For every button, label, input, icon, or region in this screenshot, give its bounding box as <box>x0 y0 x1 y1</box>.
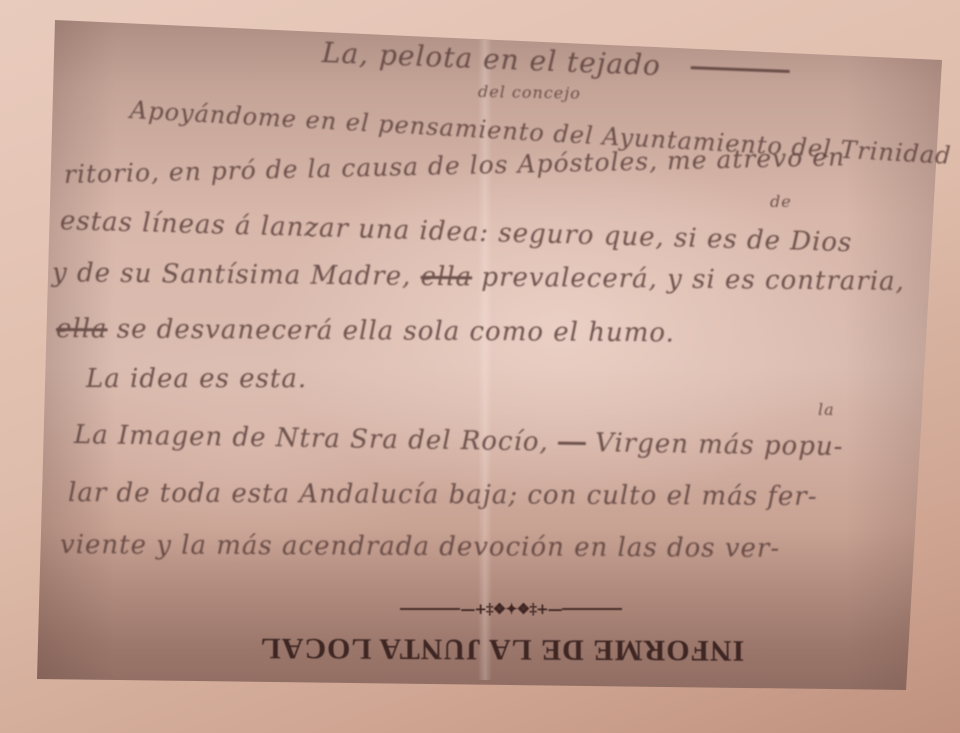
printed-caption-upside-down: INFORME DE LA JUNTA LOCAL <box>232 631 772 668</box>
ornament-rule-left <box>400 608 460 610</box>
manuscript-line-6: La idea es esta. <box>86 364 307 394</box>
printed-ornament: —+‡❖✦❖‡+— <box>400 601 622 617</box>
manuscript-line-9: viente y la más acendrada devoción en la… <box>60 530 780 564</box>
manuscript-line-8: lar de toda esta Andalucía baja; con cul… <box>68 478 818 512</box>
line-7-struck <box>558 428 586 458</box>
header-insertion: del concejo <box>478 82 581 103</box>
header-struck-word <box>690 50 790 87</box>
line-5-text: se desvanecerá ella sola como el humo. <box>117 314 675 348</box>
line-4-text-a: y de su Santísima Madre, <box>52 258 412 292</box>
insertion-de: de <box>770 192 792 211</box>
ornament-glyph: —+‡❖✦❖‡+— <box>460 600 561 618</box>
line-4-struck: ella <box>420 262 472 293</box>
manuscript-line-5: ella se desvanecerá ella sola como el hu… <box>56 314 675 348</box>
ornament-rule-right <box>562 608 622 610</box>
insertion-la: la <box>818 400 835 419</box>
line-5-struck: ella <box>56 314 108 344</box>
line-4-text-b: prevalecerá, y si es contraria, <box>481 262 905 296</box>
line-7-text-b: Virgen más popu- <box>595 428 844 462</box>
